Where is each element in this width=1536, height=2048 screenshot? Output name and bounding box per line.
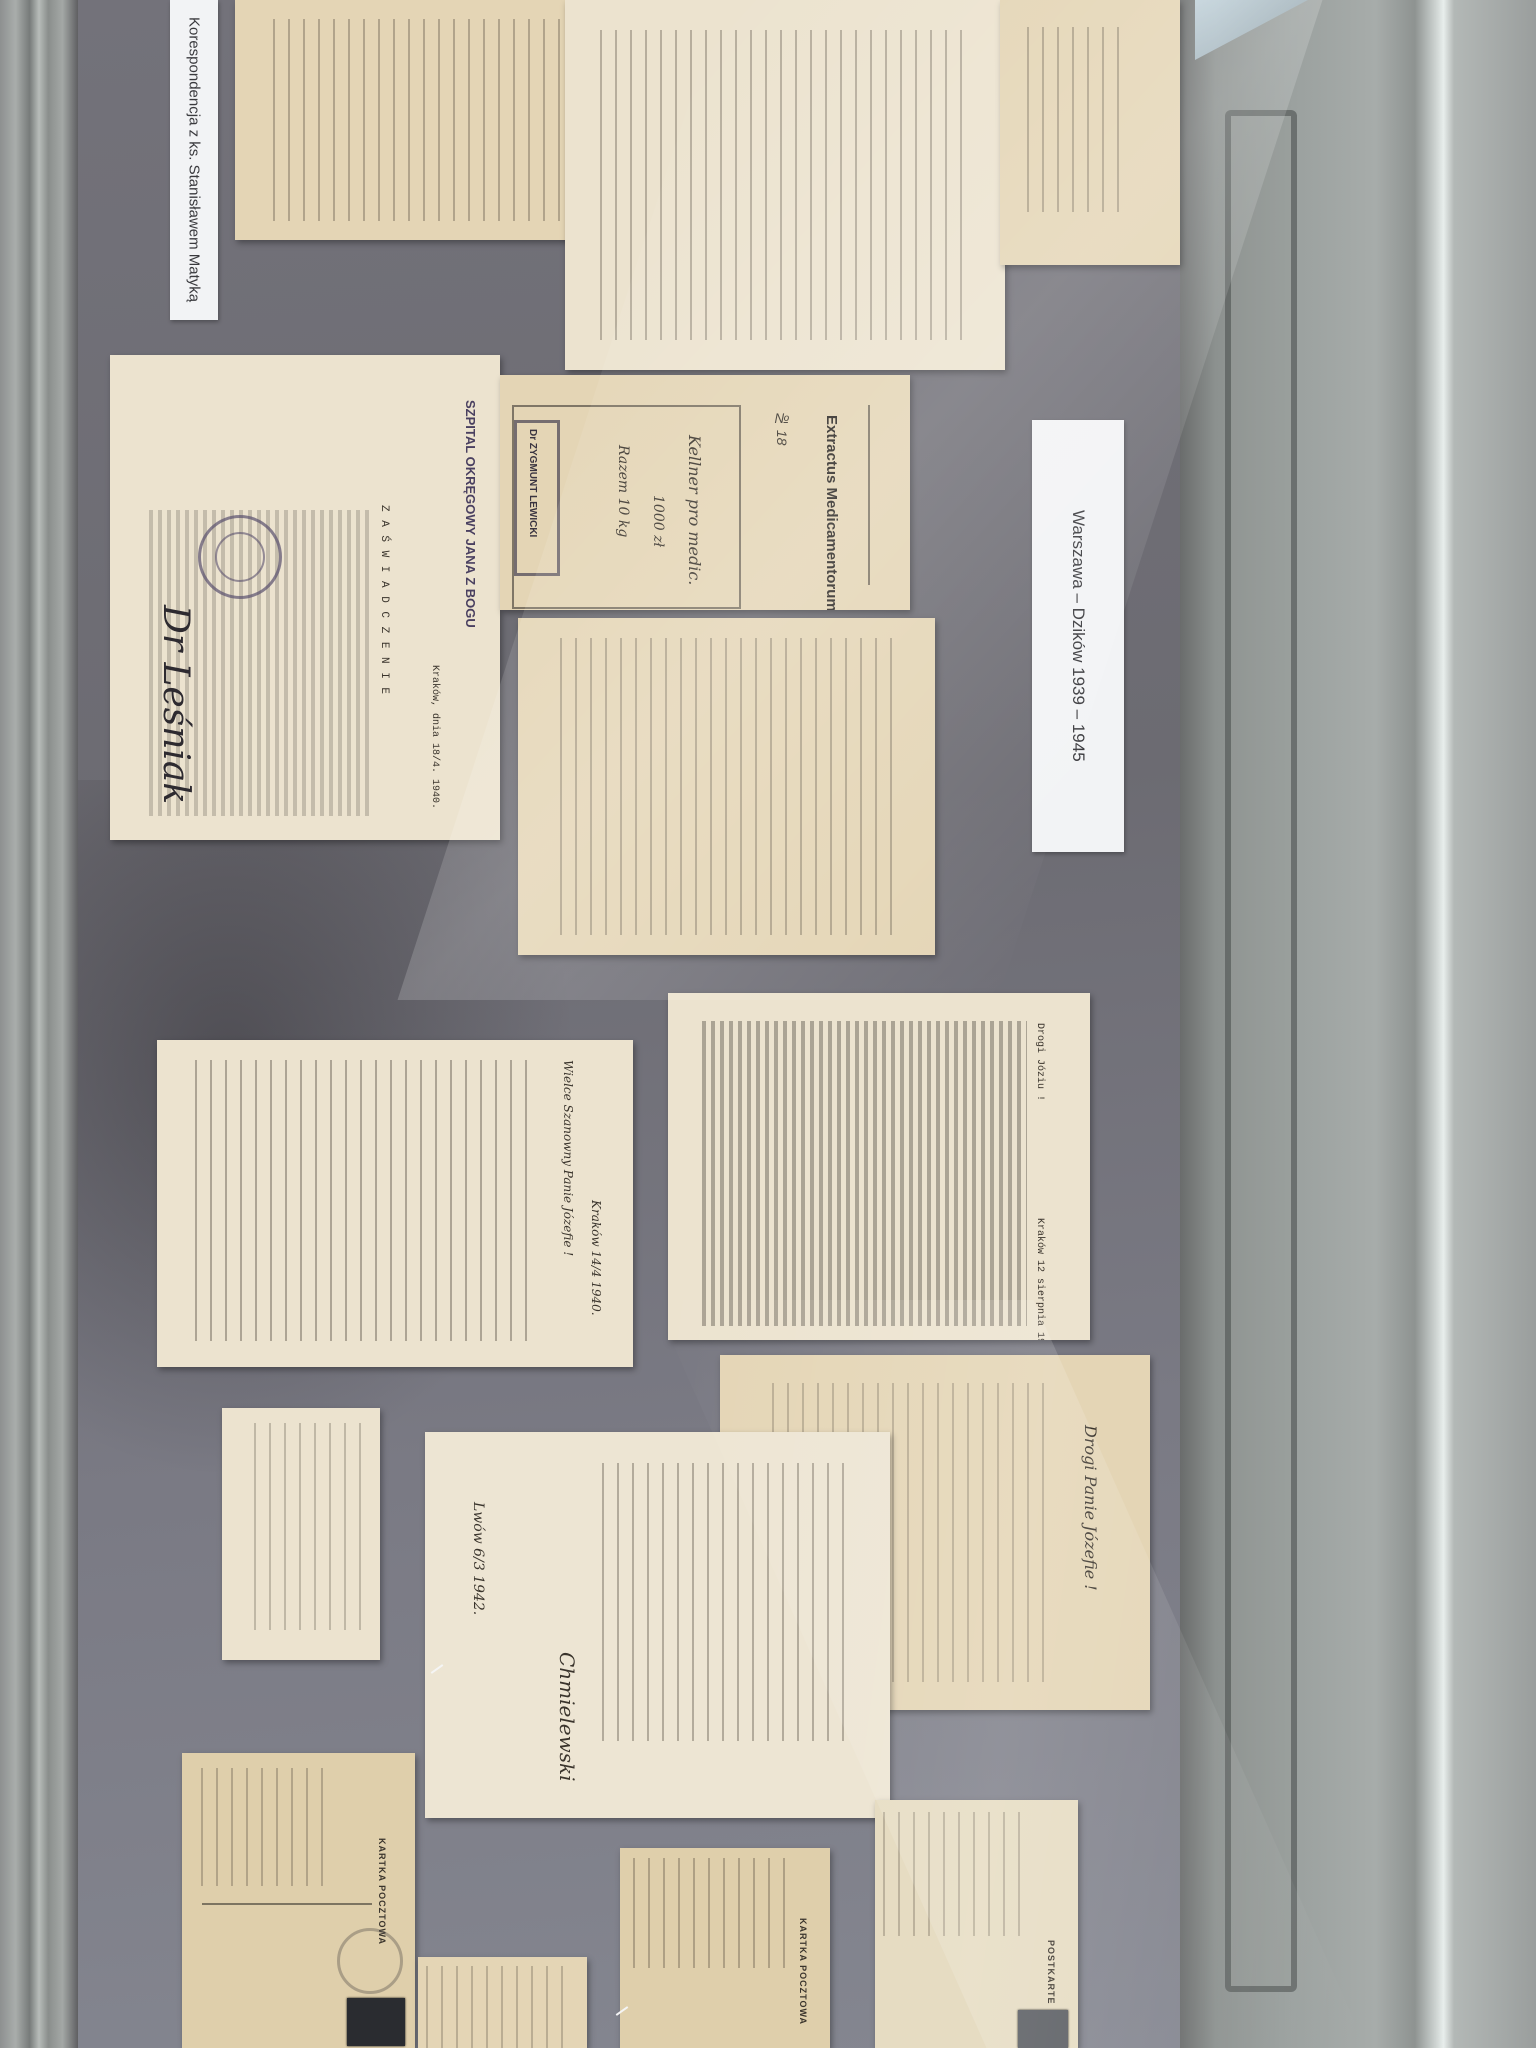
certificate-signature: Dr Leśniak bbox=[155, 605, 196, 804]
letter-top-middle bbox=[565, 0, 1005, 370]
certificate-place-date: Kraków, dnia 18/4. 1940. bbox=[429, 665, 440, 809]
krakow-letter-date: Kraków 14/4 1940. bbox=[589, 1200, 603, 1316]
doctor-stamp-text: Dr ZYGMUNT LEWICKI bbox=[527, 429, 538, 537]
krakow-letter: Kraków 14/4 1940. Wielce Szanowny Panie … bbox=[157, 1040, 633, 1367]
card-right-salutation: Drogi Panie Józefie ! bbox=[1081, 1425, 1100, 1591]
section-label-left: Korespondencja z ks. Stanisławem Matyką bbox=[170, 0, 218, 320]
prescription-number: № 18 bbox=[774, 410, 790, 445]
certificate-header-stamp: SZPITAL OKRĘGOWY JANA Z BOGU bbox=[463, 400, 478, 628]
postage-stamp bbox=[347, 1998, 405, 2046]
display-case-frame-left bbox=[0, 0, 78, 2048]
lwow-letter-date: Lwów 6/3 1942. bbox=[470, 1502, 486, 1615]
postmark bbox=[337, 1928, 403, 1994]
postcard-bottom-left: KARTKA POCZTOWA bbox=[182, 1753, 415, 2048]
postcard-bottom-middle: KARTKA POCZTOWA bbox=[620, 1848, 830, 2048]
round-stamp bbox=[198, 515, 282, 599]
postcard-bottom-middle-heading: KARTKA POCZTOWA bbox=[798, 1918, 808, 2025]
doctor-stamp: Dr ZYGMUNT LEWICKI bbox=[514, 420, 560, 576]
typed-letter: Kraków 12 sierpnia 1940. Drogi Józiu ! bbox=[668, 993, 1090, 1340]
section-label-right: Warszawa – Dzików 1939 – 1945 bbox=[1032, 420, 1124, 852]
prescription-line-1: Kellner pro medic. bbox=[685, 435, 704, 585]
postcard-bottom-small bbox=[418, 1957, 587, 2048]
letter-top-right bbox=[1000, 0, 1180, 265]
prescription-document: Extractus Medicamentorum № 18 Dr ZYGMUNT… bbox=[500, 375, 910, 610]
certificate-document: SZPITAL OKRĘGOWY JANA Z BOGU Z A Ś W I A… bbox=[110, 355, 500, 840]
postage-stamp-right bbox=[1018, 2010, 1068, 2048]
postcard-bottom-right-heading: POSTKARTE bbox=[1046, 1940, 1056, 2005]
prescription-line-2: 1000 zł bbox=[650, 495, 666, 547]
prescription-title: Extractus Medicamentorum bbox=[823, 415, 840, 610]
typed-letter-date: Kraków 12 sierpnia 1940. bbox=[1034, 1218, 1045, 1340]
lwow-letter-signature: Chmielewski bbox=[555, 1652, 579, 1782]
section-label-left-text: Korespondencja z ks. Stanisławem Matyką bbox=[186, 17, 203, 302]
lwow-letter: Lwów 6/3 1942. Chmielewski bbox=[425, 1432, 890, 1818]
section-label-right-text: Warszawa – Dzików 1939 – 1945 bbox=[1068, 510, 1088, 762]
handwritten-letter-middle bbox=[518, 618, 935, 955]
prescription-line-3: Razem 10 kg bbox=[615, 445, 631, 537]
krakow-letter-salutation: Wielce Szanowny Panie Józefie ! bbox=[561, 1060, 575, 1256]
glass-reflection-frame bbox=[1225, 110, 1297, 1992]
small-note bbox=[222, 1408, 380, 1660]
certificate-heading: Z A Ś W I A D C Z E N I E bbox=[378, 505, 390, 695]
postcard-bottom-right: POSTKARTE bbox=[875, 1800, 1078, 2048]
typed-letter-salutation: Drogi Józiu ! bbox=[1034, 1023, 1045, 1101]
